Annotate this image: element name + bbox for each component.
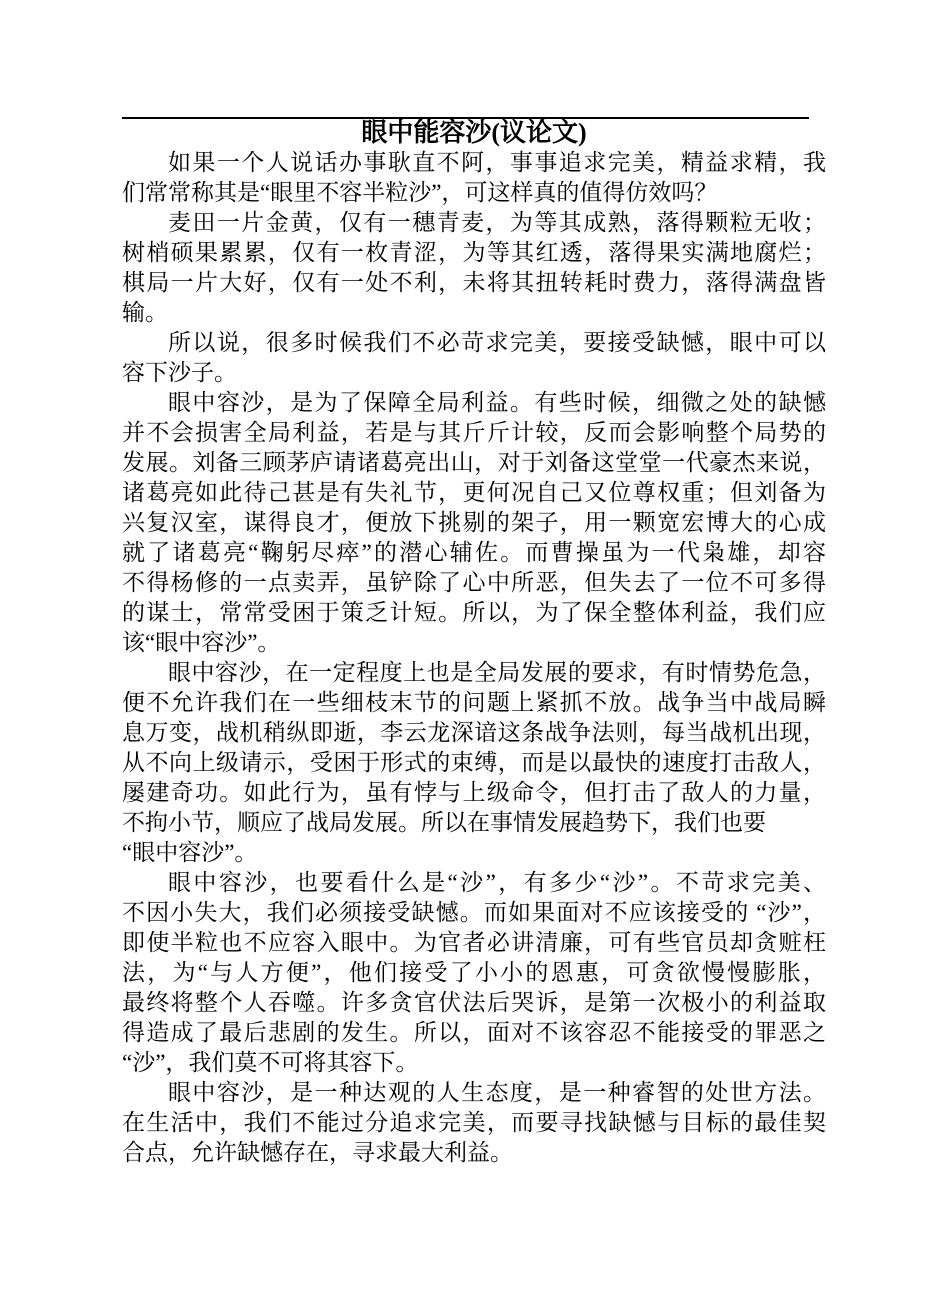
text-line: 发展。刘备三顾茅庐请诸葛亮出山，对于刘备这堂堂一代豪杰来说， <box>122 448 826 478</box>
text-line: 眼中容沙，是为了保障全局利益。有些时候，细微之处的缺憾 <box>122 388 826 418</box>
text-line: 法，为“与人方便”，他们接受了小小的恩惠，可贪欲慢慢膨胀， <box>122 958 826 988</box>
text-line: 眼中容沙，是一种达观的人生态度，是一种睿智的处世方法。 <box>122 1078 826 1108</box>
text-line: 如果一个人说话办事耿直不阿，事事追求完美，精益求精，我 <box>122 148 826 178</box>
paragraph: 眼中容沙，也要看什么是“沙”，有多少“沙”。不苛求完美、不因小失大，我们必须接受… <box>122 868 826 1078</box>
text-line: 们常常称其是“眼里不容半粒沙”，可这样真的值得仿效吗？ <box>122 178 826 208</box>
text-line: 屡建奇功。如此行为，虽有悖与上级命令，但打击了敌人的力量， <box>122 778 826 808</box>
essay-body: 如果一个人说话办事耿直不阿，事事追求完美，精益求精，我们常常称其是“眼里不容半粒… <box>122 148 826 1168</box>
text-line: 兴复汉室，谋得良才，便放下挑剔的架子，用一颗宽宏博大的心成 <box>122 508 826 538</box>
paragraph: 如果一个人说话办事耿直不阿，事事追求完美，精益求精，我们常常称其是“眼里不容半粒… <box>122 148 826 208</box>
text-line: 从不向上级请示，受困于形式的束缚，而是以最快的速度打击敌人， <box>122 748 826 778</box>
paragraph: 眼中容沙，是为了保障全局利益。有些时候，细微之处的缺憾并不会损害全局利益，若是与… <box>122 388 826 658</box>
text-line: 眼中容沙，在一定程度上也是全局发展的要求，有时情势危急， <box>122 658 826 688</box>
text-line: 眼中容沙，也要看什么是“沙”，有多少“沙”。不苛求完美、 <box>122 868 826 898</box>
text-line: “眼中容沙”。 <box>122 838 826 868</box>
text-line: 得造成了最后悲剧的发生。所以，面对不该容忍不能接受的罪恶之 <box>122 1018 826 1048</box>
text-line: 该“眼中容沙”。 <box>122 628 826 658</box>
text-line: 便不允许我们在一些细枝末节的问题上紧抓不放。战争当中战局瞬 <box>122 688 826 718</box>
text-line: 棋局一片大好，仅有一处不利，未将其扭转耗时费力，落得满盘皆 <box>122 268 826 298</box>
text-line: 在生活中，我们不能过分追求完美，而要寻找缺憾与目标的最佳契 <box>122 1108 826 1138</box>
text-line: 就了诸葛亮“鞠躬尽瘁”的潜心辅佐。而曹操虽为一代枭雄，却容 <box>122 538 826 568</box>
paragraph: 眼中容沙，是一种达观的人生态度，是一种睿智的处世方法。在生活中，我们不能过分追求… <box>122 1078 826 1168</box>
text-line: 不拘小节，顺应了战局发展。所以在事情发展趋势下，我们也要 <box>122 808 826 838</box>
text-line: “沙”，我们莫不可将其容下。 <box>122 1048 826 1078</box>
paragraph: 眼中容沙，在一定程度上也是全局发展的要求，有时情势危急，便不允许我们在一些细枝末… <box>122 658 826 868</box>
paragraph: 麦田一片金黄，仅有一穗青麦，为等其成熟，落得颗粒无收；树梢硕果累累，仅有一枚青涩… <box>122 208 826 328</box>
text-line: 合点，允许缺憾存在，寻求最大利益。 <box>122 1138 826 1168</box>
document-page: 眼中能容沙(议论文) 如果一个人说话办事耿直不阿，事事追求完美，精益求精，我们常… <box>0 0 931 1291</box>
text-line: 树梢硕果累累，仅有一枚青涩，为等其红透，落得果实满地腐烂； <box>122 238 826 268</box>
text-line: 即使半粒也不应容入眼中。为官者必讲清廉，可有些官员却贪赃枉 <box>122 928 826 958</box>
text-line: 所以说，很多时候我们不必苛求完美，要接受缺憾，眼中可以 <box>122 328 826 358</box>
text-line: 诸葛亮如此待己甚是有失礼节，更何况自己又位尊权重；但刘备为 <box>122 478 826 508</box>
essay-content: 眼中能容沙(议论文) 如果一个人说话办事耿直不阿，事事追求完美，精益求精，我们常… <box>122 118 826 1168</box>
text-line: 不得杨修的一点卖弄，虽铲除了心中所恶，但失去了一位不可多得 <box>122 568 826 598</box>
text-line: 容下沙子。 <box>122 358 826 388</box>
text-line: 输。 <box>122 298 826 328</box>
essay-title: 眼中能容沙(议论文) <box>122 118 826 148</box>
text-line: 息万变，战机稍纵即逝，李云龙深谙这条战争法则，每当战机出现， <box>122 718 826 748</box>
text-line: 最终将整个人吞噬。许多贪官伏法后哭诉，是第一次极小的利益取 <box>122 988 826 1018</box>
text-line: 麦田一片金黄，仅有一穗青麦，为等其成熟，落得颗粒无收； <box>122 208 826 238</box>
text-line: 不因小失大，我们必须接受缺憾。而如果面对不应该接受的 “沙”， <box>122 898 826 928</box>
paragraph: 所以说，很多时候我们不必苛求完美，要接受缺憾，眼中可以容下沙子。 <box>122 328 826 388</box>
text-line: 并不会损害全局利益，若是与其斤斤计较，反而会影响整个局势的 <box>122 418 826 448</box>
text-line: 的谋士，常常受困于策乏计短。所以，为了保全整体利益，我们应 <box>122 598 826 628</box>
